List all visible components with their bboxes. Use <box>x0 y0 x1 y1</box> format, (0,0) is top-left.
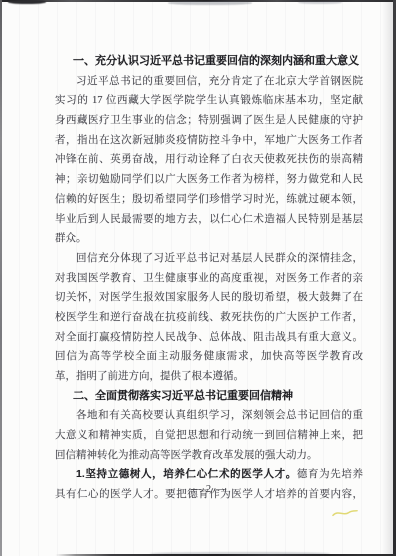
text-segment: 一、充分认识习近平总书记重要回信的深刻内涵和重大意义 <box>73 55 359 67</box>
page-number: — 2 — <box>55 484 363 495</box>
text-segment: 毕业后到人民最需要的地方去，以仁心仁术造福人民特别是基层 <box>55 214 363 225</box>
document-body: 一、充分认识习近平总书记重要回信的深刻内涵和重大意义习近平总书记的重要回信，充分… <box>55 52 363 505</box>
text-segment: 习近平总书记的重要回信，充分肯定了在北京大学首钢医院 <box>76 76 363 87</box>
text-segment: 回信充分体现了习近平总书记对基层人民群众的深情挂念， <box>76 253 363 264</box>
scan-smudge <box>298 1 342 4</box>
section-heading: 二、全面贯彻落实习近平总书记重要回信精神 <box>55 387 363 407</box>
text-segment: 身西藏医疗卫生事业的信念；特别强调了医生是人民健康的守护 <box>55 115 363 126</box>
text-line: 身西藏医疗卫生事业的信念；特别强调了医生是人民健康的守护 <box>55 111 363 131</box>
text-line: 信赖的好医生；殷切希望同学们珍惜学习时光，练就过硬本领， <box>55 190 363 210</box>
text-line: 群众。 <box>55 229 363 249</box>
text-segment: 1.坚持立德树人，培养仁心仁术的医学人才。 <box>76 468 297 480</box>
text-segment: 德育为先培养 <box>297 469 363 480</box>
text-line: 各地和有关高校要认真组织学习，深刻领会总书记回信的重 <box>55 406 363 426</box>
text-segment: 校医学生和逆行奋战在抗疫前线、救死扶伤的广大医护工作者， <box>55 312 363 323</box>
section-heading: 一、充分认识习近平总书记重要回信的深刻内涵和重大意义 <box>55 52 363 72</box>
text-segment: 回信精神转化为推动高等医学教育改革发展的强大动力。 <box>55 450 318 461</box>
page-curl-shadow <box>382 0 393 556</box>
text-segment: 实习的 17 位西藏大学医学院学生认真锻炼临床基本功，坚定献 <box>55 95 363 106</box>
text-line: 者，指出在这次新冠肺炎疫情防控斗争中，军地广大医务工作者 <box>55 131 363 151</box>
text-segment: 大意义和精神实质，自觉把思想和行动统一到回信精神上来，把 <box>55 430 363 441</box>
text-segment: 者，指出在这次新冠肺炎疫情防控斗争中，军地广大医务工作者 <box>55 135 363 146</box>
text-segment: 对我国医学教育、卫生健康事业的高度重视，对医务工作者的亲 <box>55 273 363 284</box>
text-segment: 神；亲切勉励同学们以广大医务工作者为榜样，努力做党和人民 <box>55 174 363 185</box>
text-line: 回信为高等学校全面主动服务健康需求，加快高等医学教育改 <box>55 347 363 367</box>
text-line: 革，指明了前进方向，提供了根本遵循。 <box>55 367 363 387</box>
text-line: 切关怀，对医学生报效国家服务人民的殷切希望，极大鼓舞了在 <box>55 288 363 308</box>
text-segment: 各地和有关高校要认真组织学习，深刻领会总书记回信的重 <box>76 410 363 421</box>
text-segment: 切关怀，对医学生报效国家服务人民的殷切希望，极大鼓舞了在 <box>55 292 363 303</box>
text-line: 回信充分体现了习近平总书记对基层人民群众的深情挂念， <box>55 249 363 269</box>
text-line: 1.坚持立德树人，培养仁心仁术的医学人才。德育为先培养 <box>55 465 363 485</box>
text-segment: 对全面打赢疫情防控人民战争、总体战、阻击战具有重大意义。 <box>55 332 363 343</box>
text-line: 习近平总书记的重要回信，充分肯定了在北京大学首钢医院 <box>55 72 363 92</box>
text-line: 实习的 17 位西藏大学医学院学生认真锻炼临床基本功，坚定献 <box>55 91 363 111</box>
text-segment: 二、全面贯彻落实习近平总书记重要回信精神 <box>73 390 293 402</box>
scan-edge-left <box>0 0 2 556</box>
text-line: 回信精神转化为推动高等医学教育改革发展的强大动力。 <box>55 446 363 466</box>
pen-mark-artifact <box>331 507 359 520</box>
text-segment: 信赖的好医生；殷切希望同学们珍惜学习时光，练就过硬本领， <box>55 194 363 205</box>
scan-smudge <box>168 1 252 5</box>
text-segment: 回信为高等学校全面主动服务健康需求，加快高等医学教育改 <box>55 351 363 362</box>
text-segment: 革，指明了前进方向，提供了根本遵循。 <box>55 371 244 382</box>
text-line: 冲锋在前、英勇奋战，用行动诠释了白衣天使救死扶伤的崇高精 <box>55 150 363 170</box>
text-segment: 冲锋在前、英勇奋战，用行动诠释了白衣天使救死扶伤的崇高精 <box>55 154 363 165</box>
text-line: 对全面打赢疫情防控人民战争、总体战、阻击战具有重大意义。 <box>55 328 363 348</box>
text-line: 校医学生和逆行奋战在抗疫前线、救死扶伤的广大医护工作者， <box>55 308 363 328</box>
text-line: 神；亲切勉励同学们以广大医务工作者为榜样，努力做党和人民 <box>55 170 363 190</box>
scan-smudge <box>8 0 46 4</box>
document-page: 一、充分认识习近平总书记重要回信的深刻内涵和重大意义习近平总书记的重要回信，充分… <box>0 0 396 556</box>
text-line: 毕业后到人民最需要的地方去，以仁心仁术造福人民特别是基层 <box>55 210 363 230</box>
text-line: 对我国医学教育、卫生健康事业的高度重视，对医务工作者的亲 <box>55 269 363 289</box>
text-segment: 群众。 <box>55 233 87 244</box>
text-line: 大意义和精神实质，自觉把思想和行动统一到回信精神上来，把 <box>55 426 363 446</box>
